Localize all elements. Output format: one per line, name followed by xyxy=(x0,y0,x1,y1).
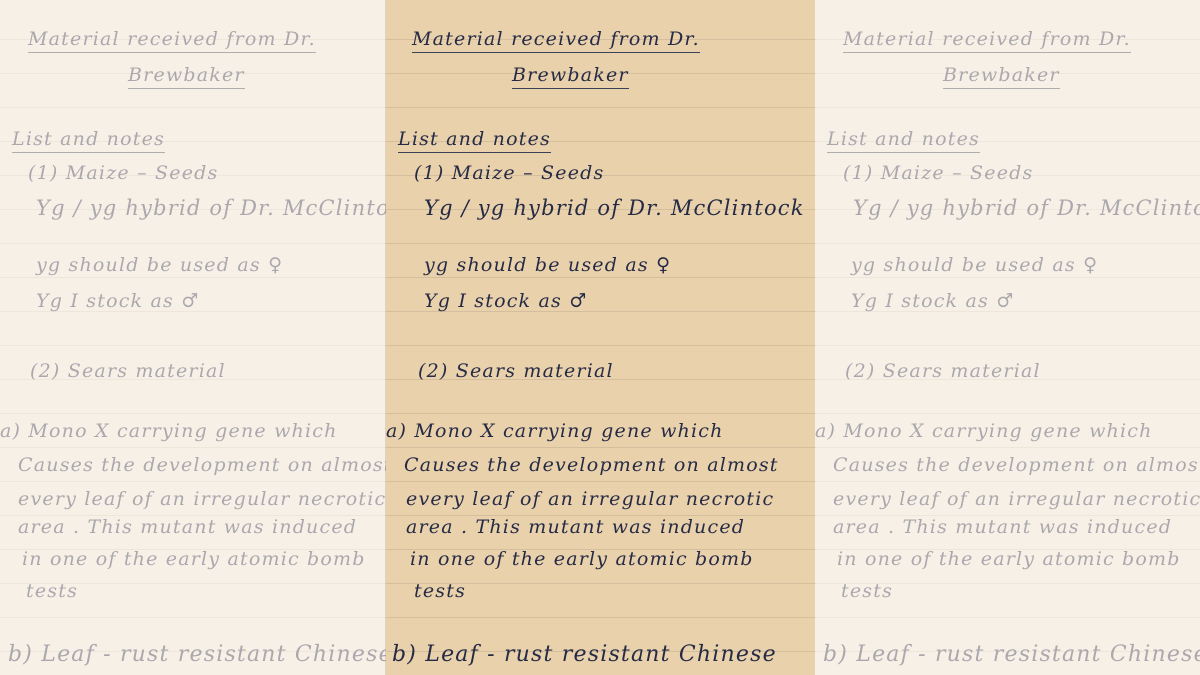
item2a-line4: in one of the early atomic bomb xyxy=(22,548,366,570)
item2a-line3: area . This mutant was induced xyxy=(406,516,745,538)
left-faded-panel: Material received from Dr. Brewbaker Lis… xyxy=(0,0,386,675)
section-heading: List and notes xyxy=(827,128,980,153)
item2a-line2: every leaf of an irregular necrotic xyxy=(18,488,386,510)
item2a-line1: Causes the development on almost xyxy=(18,454,386,476)
item1-label: (1) Maize – Seeds xyxy=(28,162,218,184)
item2a-line4: in one of the early atomic bomb xyxy=(410,548,754,570)
item1-line2: yg should be used as ♀ xyxy=(424,254,671,276)
item2b-line1: b) Leaf - rust resistant Chinese xyxy=(8,642,386,667)
item2a-line5: tests xyxy=(414,580,466,602)
item2a-line2: every leaf of an irregular necrotic xyxy=(833,488,1200,510)
item2a-line3: area . This mutant was induced xyxy=(18,516,357,538)
item1-line3: Yg I stock as ♂ xyxy=(36,290,199,312)
item1-label: (1) Maize – Seeds xyxy=(843,162,1033,184)
item2b-line1: b) Leaf - rust resistant Chinese xyxy=(392,642,777,667)
item2a-line0: a) Mono X carrying gene which xyxy=(386,420,724,442)
faded-document-copy-right: Material received from Dr. Brewbaker Lis… xyxy=(815,0,1200,675)
item1-label: (1) Maize – Seeds xyxy=(414,162,604,184)
title-line2: Brewbaker xyxy=(512,64,629,89)
item1-line1: Yg / yg hybrid of Dr. McClintock xyxy=(424,196,805,220)
item2a-line4: in one of the early atomic bomb xyxy=(837,548,1181,570)
faded-document-copy-left: Material received from Dr. Brewbaker Lis… xyxy=(0,0,386,675)
item2a-line0: a) Mono X carrying gene which xyxy=(0,420,338,442)
item2a-line2: every leaf of an irregular necrotic xyxy=(406,488,774,510)
item2-label: (2) Sears material xyxy=(30,360,226,382)
item1-line1: Yg / yg hybrid of Dr. McClintock xyxy=(36,196,386,220)
item1-line3: Yg I stock as ♂ xyxy=(424,290,587,312)
section-heading: List and notes xyxy=(12,128,165,153)
title-line2: Brewbaker xyxy=(128,64,245,89)
item2-label: (2) Sears material xyxy=(418,360,614,382)
item2a-line5: tests xyxy=(26,580,78,602)
title-line1: Material received from Dr. xyxy=(412,28,700,53)
item2a-line3: area . This mutant was induced xyxy=(833,516,1172,538)
section-heading: List and notes xyxy=(398,128,551,153)
item1-line2: yg should be used as ♀ xyxy=(851,254,1098,276)
document-page: Material received from Dr. Brewbaker Lis… xyxy=(386,0,815,675)
item2b-line1: b) Leaf - rust resistant Chinese xyxy=(823,642,1200,667)
item1-line1: Yg / yg hybrid of Dr. McClintock xyxy=(853,196,1200,220)
handwritten-notes: Material received from Dr. Brewbaker Lis… xyxy=(386,0,815,675)
title-line1: Material received from Dr. xyxy=(28,28,316,53)
item1-line2: yg should be used as ♀ xyxy=(36,254,283,276)
item2a-line5: tests xyxy=(841,580,893,602)
item2-label: (2) Sears material xyxy=(845,360,1041,382)
item2a-line1: Causes the development on almost xyxy=(833,454,1200,476)
right-faded-panel: Material received from Dr. Brewbaker Lis… xyxy=(815,0,1200,675)
item2a-line1: Causes the development on almost xyxy=(404,454,779,476)
item2a-line0: a) Mono X carrying gene which xyxy=(815,420,1153,442)
title-line2: Brewbaker xyxy=(943,64,1060,89)
title-line1: Material received from Dr. xyxy=(843,28,1131,53)
item1-line3: Yg I stock as ♂ xyxy=(851,290,1014,312)
